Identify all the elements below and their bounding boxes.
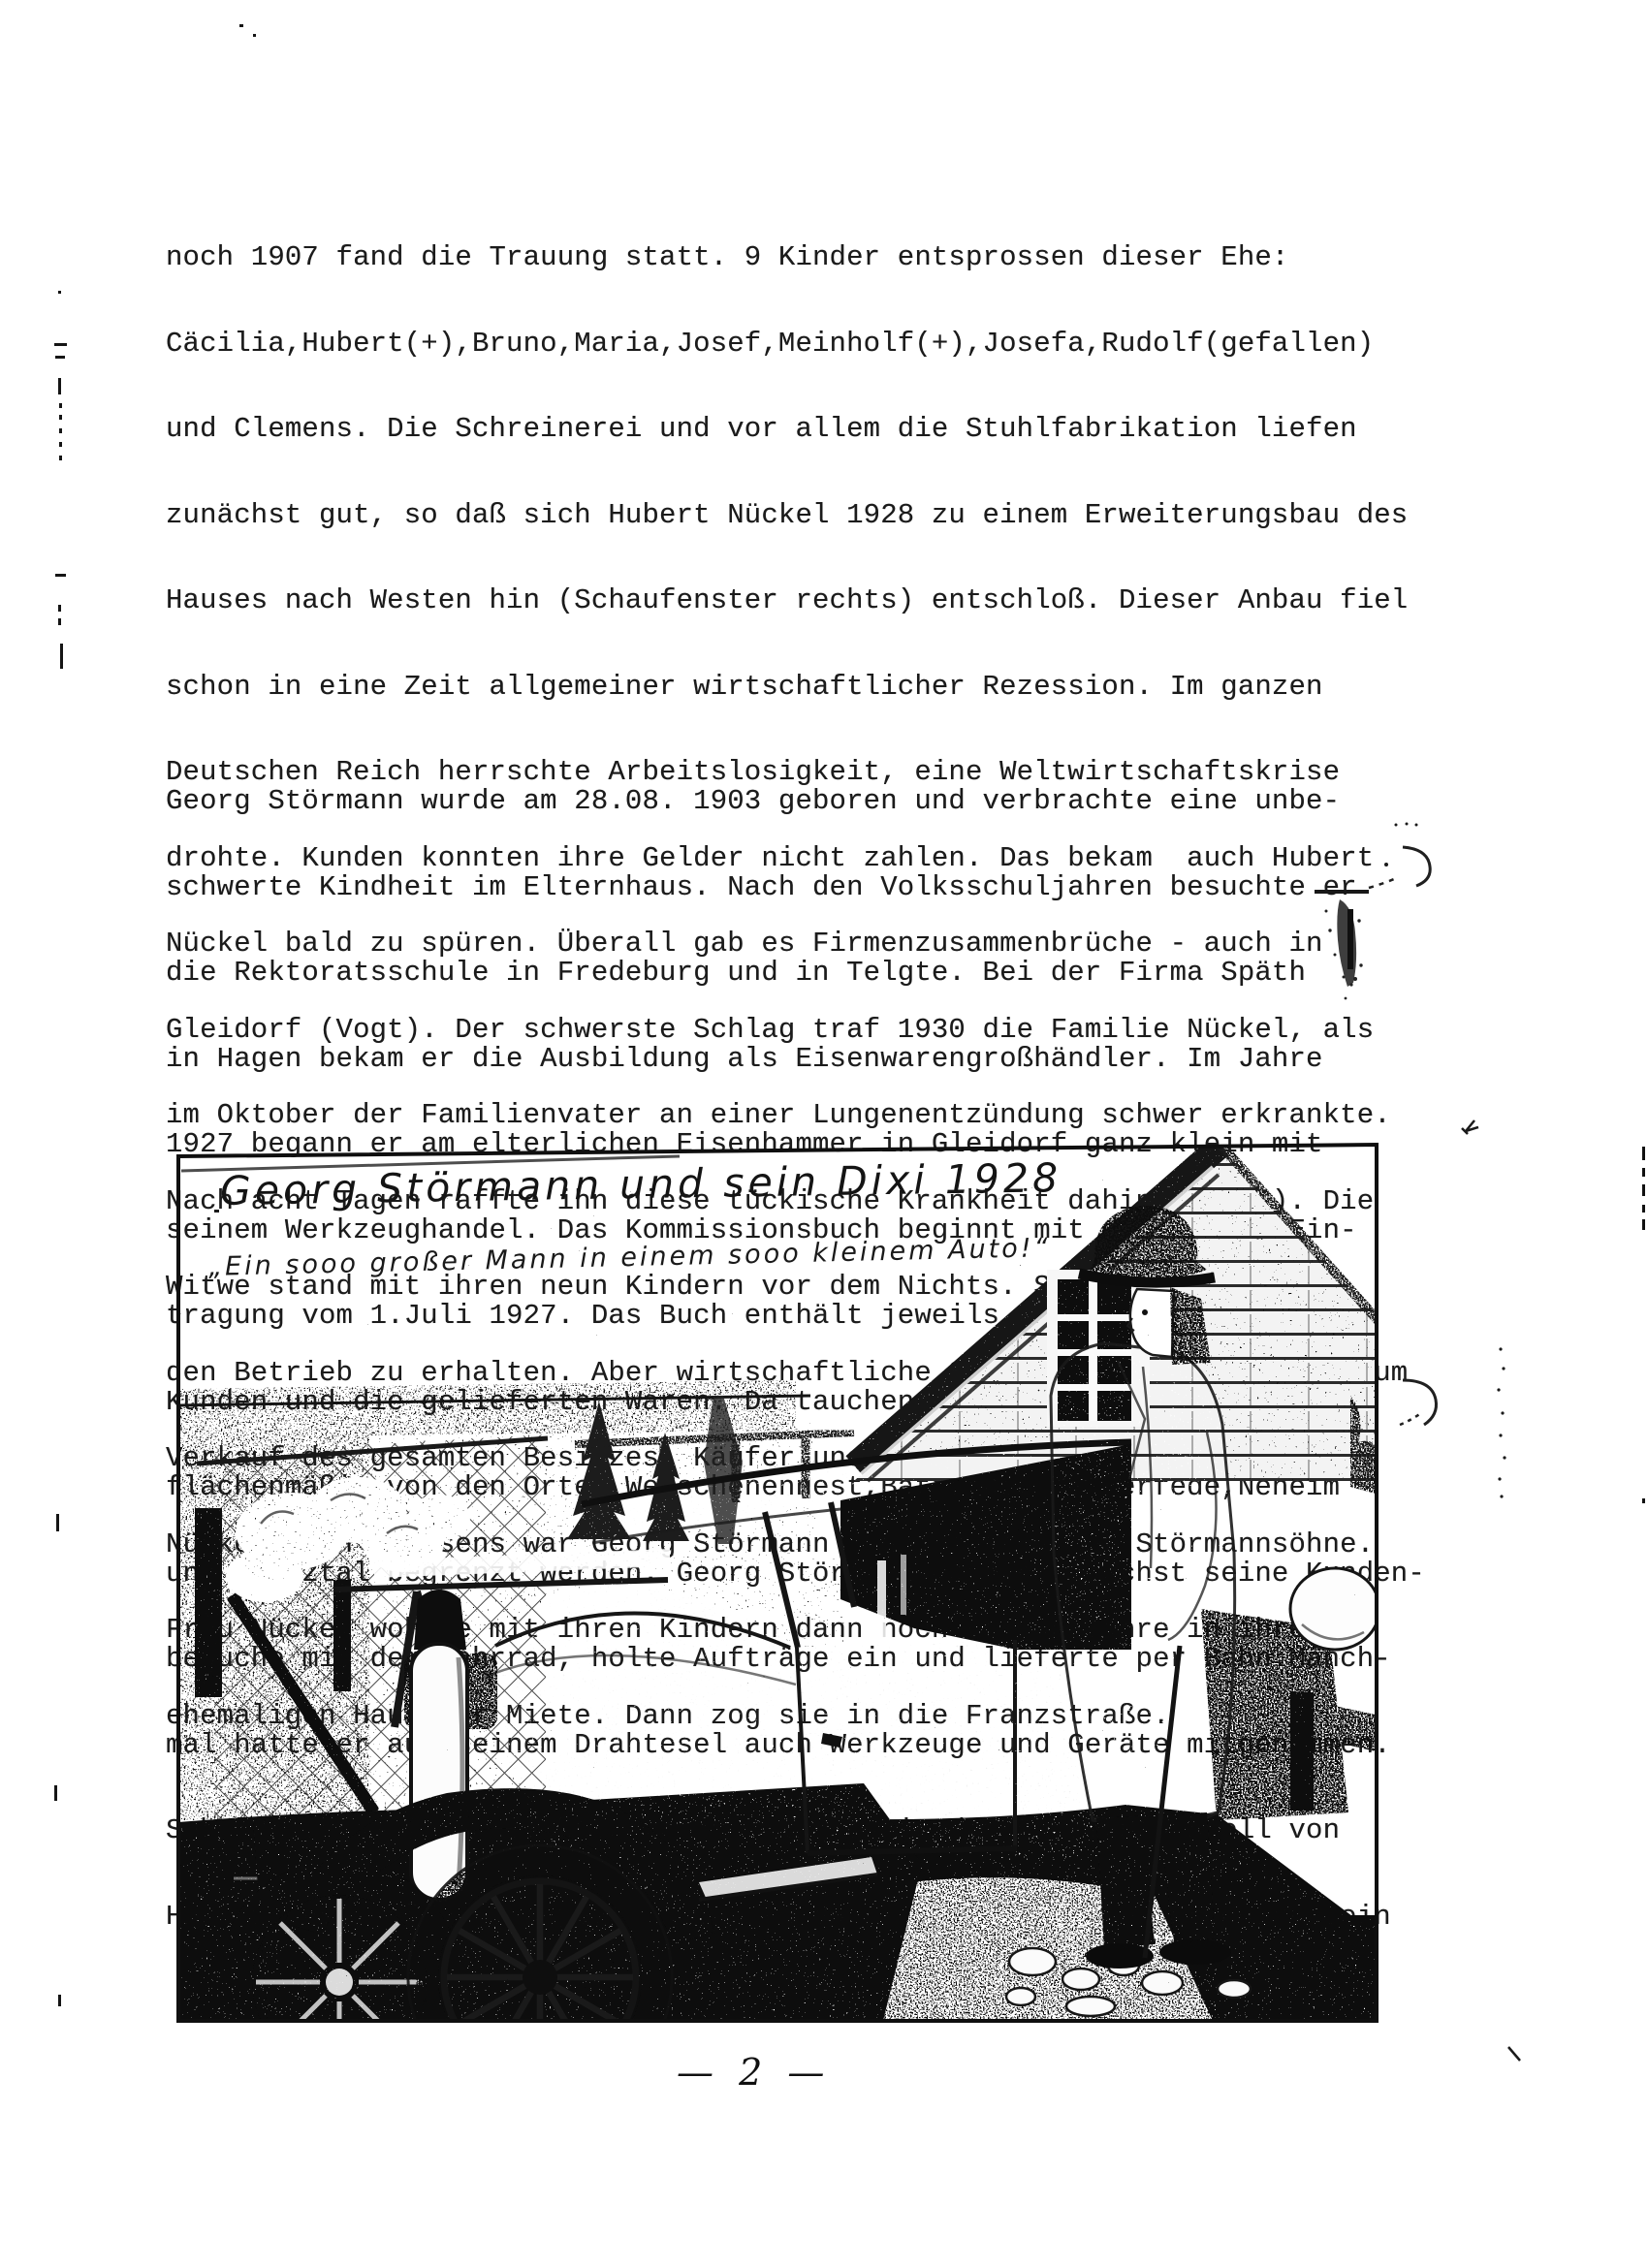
typed-line: Georg Störmann wurde am 28.08. 1903 gebo… <box>166 787 1425 816</box>
typed-line: und Clemens. Die Schreinerei und vor all… <box>166 415 1408 444</box>
typed-line: schon in eine Zeit allgemeiner wirtschaf… <box>166 673 1408 702</box>
typed-line: schwerte Kindheit im Elternhaus. Nach de… <box>166 873 1425 902</box>
scanned-document-page: noch 1907 fand die Trauung statt. 9 Kind… <box>0 0 1648 2268</box>
typed-line: noch 1907 fand die Trauung statt. 9 Kind… <box>166 243 1408 272</box>
photo-figure: Georg Störmann und sein Dixi 1928 „Ein s… <box>175 1142 1379 2024</box>
typed-line: Hauses nach Westen hin (Schaufenster rec… <box>166 586 1408 615</box>
typed-line: die Rektoratsschule in Fredeburg und in … <box>166 959 1425 988</box>
typed-line: zunächst gut, so daß sich Hubert Nückel … <box>166 501 1408 530</box>
typed-line: in Hagen bekam er die Ausbildung als Eis… <box>166 1045 1425 1074</box>
page-number: — 2 — <box>677 2051 831 2094</box>
typed-line: Cäcilia,Hubert(+),Bruno,Maria,Josef,Mein… <box>166 330 1408 359</box>
